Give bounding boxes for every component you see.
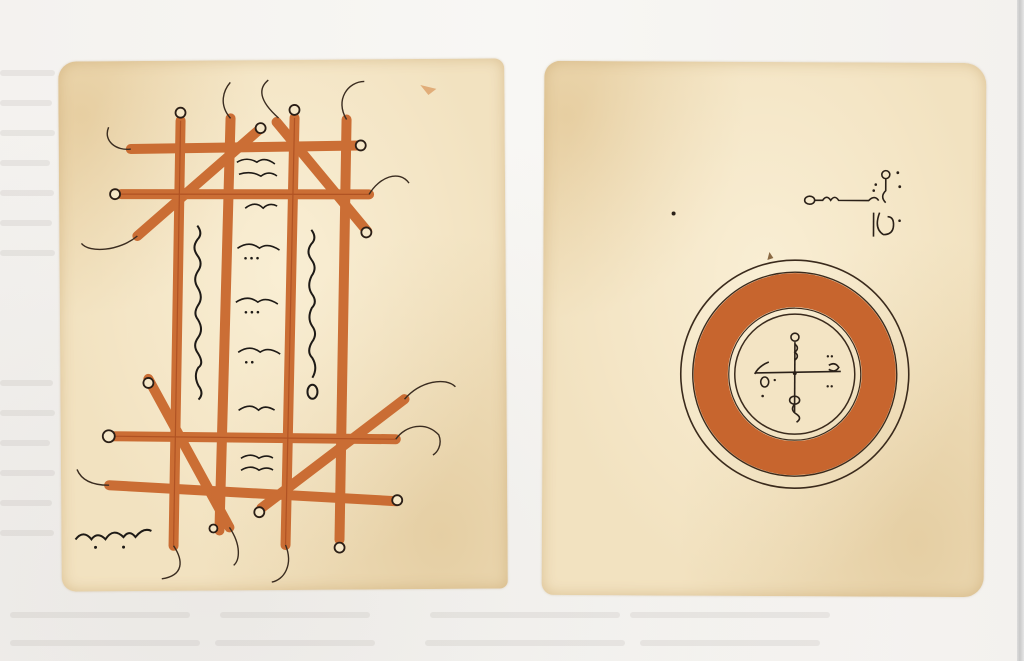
vertical-inscriptions: [194, 225, 317, 400]
left-manuscript-leaf: [58, 58, 508, 591]
lower-left-inscription: [75, 530, 151, 540]
book-spine-edge: [1017, 0, 1024, 661]
right-manuscript-leaf: [542, 61, 987, 597]
central-inscriptions: [235, 159, 281, 470]
grid-talisman-illustration: [58, 58, 508, 591]
upper-right-glyph: [804, 170, 893, 236]
circular-seal-illustration: [542, 61, 987, 597]
